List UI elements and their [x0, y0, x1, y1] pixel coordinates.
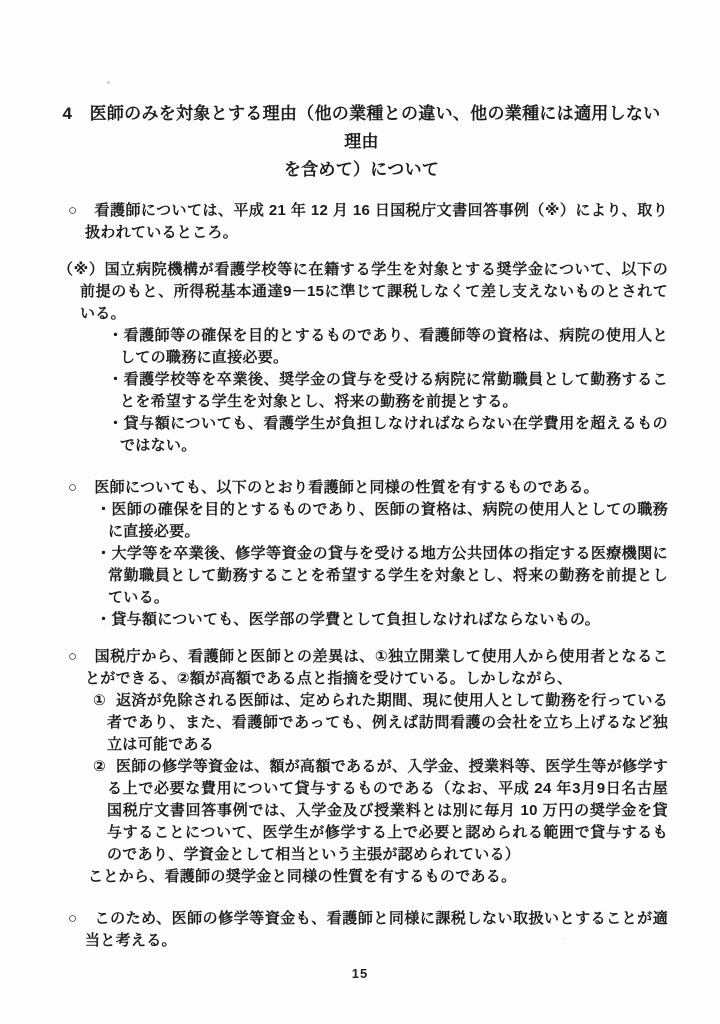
bullet-text: 看護師等の確保を目的とするものであり、看護師等の資格は、病院の使用人としての職務…: [120, 327, 668, 366]
section-title: 4 医師のみを対象とする理由（他の業種との違い、他の業種には適用しない理由 を含…: [55, 0, 668, 184]
circle-marker: ○: [68, 648, 78, 665]
bullet-marker: ・: [108, 415, 124, 432]
bullet-item: ・医師の確保を目的とするものであり、医師の資格は、病院の使用人としての職務に直接…: [108, 499, 668, 543]
paragraph-doctor-similarity: ○医師についても、以下のとおり看護師と同様の性質を有するものである。: [85, 477, 668, 499]
numbered-item-2: ②医師の修学等資金は、額が高額であるが、入学金、授業料等、医学生等が修学する上で…: [107, 756, 668, 866]
bullet-item: ・貸与額についても、医学部の学費として負担しなければならないもの。: [108, 609, 668, 631]
circle-marker: ○: [68, 910, 78, 927]
note-text: 国立病院機構が看護学校等に在籍する学生を対象とする奨学金について、以下の前提のも…: [80, 261, 668, 322]
numbered-item-1: ①返済が免除される医師は、定められた期間、現に使用人として勤務を行っている者であ…: [107, 690, 668, 756]
bullet-item: ・看護師等の確保を目的とするものであり、看護師等の資格は、病院の使用人としての職…: [120, 325, 668, 369]
circle-marker: ○: [68, 202, 78, 219]
bullet-text: 貸与額についても、看護学生が負担しなければならない在学費用を超えるものではない。: [120, 415, 668, 454]
bullet-item: ・貸与額についても、看護学生が負担しなければならない在学費用を超えるものではない…: [120, 413, 668, 457]
bullet-text: 医師の確保を目的とするものであり、医師の資格は、病院の使用人としての職務に直接必…: [108, 501, 668, 540]
numbered-item-text: 返済が免除される医師は、定められた期間、現に使用人として勤務を行っている者であり…: [107, 692, 668, 753]
circle-marker: ○: [68, 479, 77, 496]
section-title-line1: 4 医師のみを対象とする理由（他の業種との違い、他の業種には適用しない理由: [55, 100, 668, 156]
note-marker: （※）: [58, 261, 105, 278]
note-paragraph: （※）国立病院機構が看護学校等に在籍する学生を対象とする奨学金について、以下の前…: [80, 259, 668, 325]
bullet-item: ・大学等を卒業後、修学等資金の貸与を受ける地方公共団体の指定する医療機関に常勤職…: [108, 543, 668, 609]
bullet-marker: ・: [96, 545, 111, 562]
paragraph-nurse-precedent: ○看護師については、平成 21 年 12 月 16 日国税庁文書回答事例（※）に…: [85, 200, 668, 244]
page-number: 15: [0, 966, 720, 981]
bullet-text: 大学等を卒業後、修学等資金の貸与を受ける地方公共団体の指定する医療機関に常勤職員…: [108, 545, 668, 606]
bullet-text: 貸与額についても、医学部の学費として負担しなければならないもの。: [111, 611, 600, 628]
closing-line: ことから、看護師の奨学金と同様の性質を有するものである。: [88, 866, 668, 888]
bullet-marker: ・: [108, 327, 124, 344]
numbered-item-text: 医師の修学等資金は、額が高額であるが、入学金、授業料等、医学生等が修学する上で必…: [107, 758, 668, 863]
paragraph-text: このため、医師の修学等資金も、看護師と同様に課税しない取扱いとすることが適当と考…: [85, 910, 668, 949]
paragraph-text: 看護師については、平成 21 年 12 月 16 日国税庁文書回答事例（※）によ…: [85, 202, 668, 241]
paragraph-nta-differences: ○国税庁から、看護師と医師との差異は、①独立開業して使用人から使用者となることが…: [85, 646, 668, 690]
bullet-item: ・看護学校等を卒業後、奨学金の貸与を受ける病院に常勤職員として勤務することを希望…: [120, 369, 668, 413]
section-title-line2: を含めて）について: [55, 156, 668, 184]
document-page: 4 医師のみを対象とする理由（他の業種との違い、他の業種には適用しない理由 を含…: [0, 0, 720, 1024]
circled-number-2: ②: [93, 758, 106, 775]
document-content: 4 医師のみを対象とする理由（他の業種との違い、他の業種には適用しない理由 を含…: [0, 0, 720, 952]
paragraph-text: 医師についても、以下のとおり看護師と同様の性質を有するものである。: [94, 479, 599, 496]
bullet-marker: ・: [96, 501, 111, 518]
paragraph-text: 国税庁から、看護師と医師との差異は、①独立開業して使用人から使用者となることがで…: [85, 648, 668, 687]
scan-speck: [176, 571, 178, 573]
scan-speck: [107, 81, 110, 84]
bullet-marker: ・: [108, 371, 124, 388]
bullet-marker: ・: [96, 611, 111, 628]
paragraph-conclusion: ○このため、医師の修学等資金も、看護師と同様に課税しない取扱いとすることが適当と…: [85, 908, 668, 952]
scan-speck: [563, 938, 565, 940]
circled-number-1: ①: [93, 692, 106, 709]
bullet-text: 看護学校等を卒業後、奨学金の貸与を受ける病院に常勤職員として勤務することを希望す…: [120, 371, 668, 410]
